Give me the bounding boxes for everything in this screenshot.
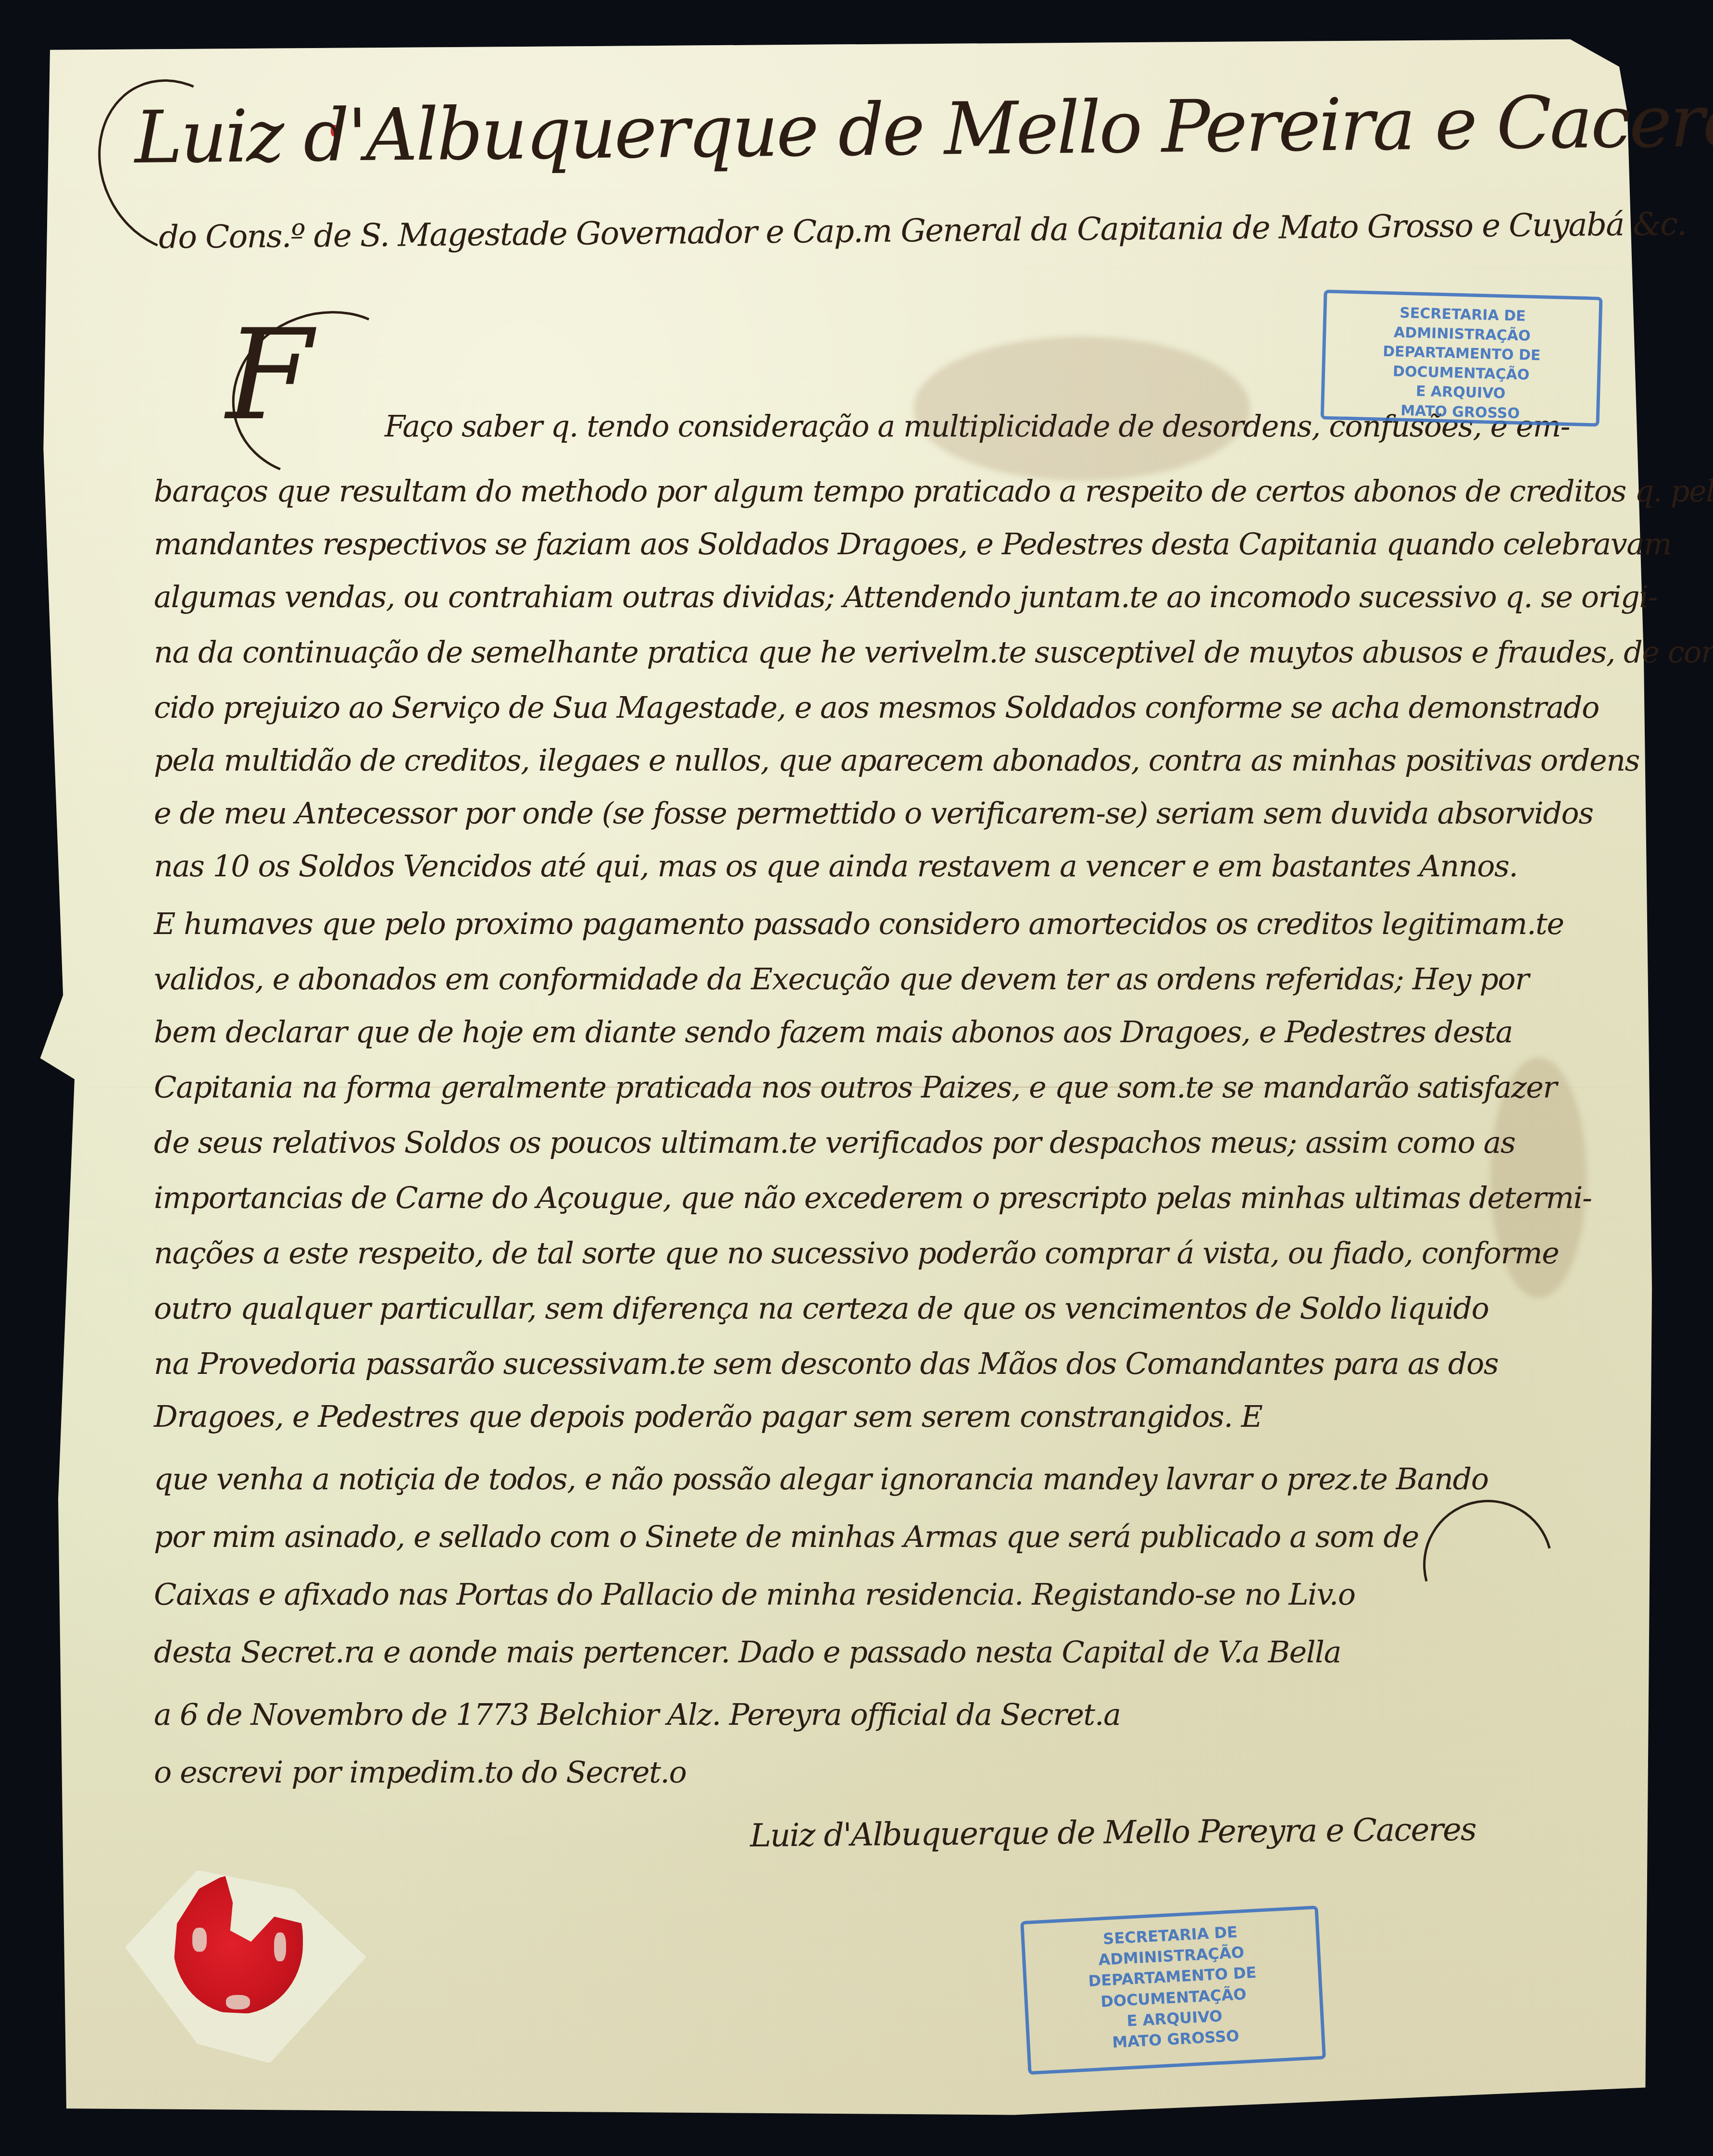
body-line: por mim asinado, e sellado com o Sinete …: [154, 1519, 1419, 1554]
stamp-line: DEPARTAMENTO DE DOCUMENTAÇÃO: [1335, 341, 1588, 386]
body-line: Dragoes, e Pedestres que depois poderão …: [154, 1399, 1262, 1434]
body-line: e de meu Antecessor por onde (se fosse p…: [154, 796, 1593, 831]
body-line: desta Secret.ra e aonde mais pertencer. …: [154, 1634, 1341, 1670]
body-line: baraços que resultam do methodo por algu…: [154, 474, 1713, 509]
body-line: de seus relativos Soldos os poucos ultim…: [154, 1125, 1515, 1160]
body-line: validos, e abonados em conformidade da E…: [154, 961, 1528, 997]
body-line: E humaves que pelo proximo pagamento pas…: [154, 906, 1563, 941]
stamp-line: SECRETARIA DE ADMINISTRAÇÃO: [1336, 302, 1589, 348]
body-line: mandantes respectivos se faziam aos Sold…: [154, 526, 1671, 561]
wax-seal-chip: [192, 1928, 207, 1952]
body-line: pela multidão de creditos, ilegaes e nul…: [154, 743, 1639, 778]
body-line: bem declarar que de hoje em diante sendo…: [154, 1014, 1513, 1049]
body-line: na da continuação de semelhante pratica …: [154, 635, 1713, 670]
body-line: cido prejuizo ao Serviço de Sua Magestad…: [154, 690, 1599, 725]
signature: Luiz d'Albuquerque de Mello Pereyra e Ca…: [750, 1811, 1476, 1854]
body-line: nações a este respeito, de tal sorte que…: [154, 1235, 1559, 1271]
wax-seal-chip: [226, 1995, 250, 2009]
body-line: que venha a notiçia de todos, e não poss…: [154, 1461, 1488, 1496]
body-line: nas 10 os Soldos Vencidos até qui, mas o…: [154, 848, 1518, 884]
body-line: algumas vendas, ou contrahiam outras div…: [154, 579, 1657, 614]
archive-stamp-top: SECRETARIA DE ADMINISTRAÇÃO DEPARTAMENTO…: [1321, 289, 1603, 426]
body-line: Caixas e afixado nas Portas do Pallacio …: [154, 1577, 1355, 1612]
document-title: Luiz d'Albuquerque de Mello Pereira e Ca…: [134, 79, 1713, 180]
body-line: importancias de Carne do Açougue, que nã…: [154, 1180, 1591, 1215]
body-line: na Provedoria passarão sucessivam.te sem…: [154, 1346, 1498, 1381]
body-line: o escrevi por impedim.to do Secret.o: [154, 1755, 686, 1790]
wax-seal-chip: [274, 1932, 286, 1961]
body-line: a 6 de Novembro de 1773 Belchior Alz. Pe…: [154, 1697, 1120, 1732]
body-line: outro qualquer particullar, sem diferenç…: [154, 1291, 1488, 1326]
drop-cap: F: [226, 303, 313, 448]
body-line: Capitania na forma geralmente praticada …: [154, 1070, 1556, 1105]
archive-stamp-bottom: SECRETARIA DE ADMINISTRAÇÃO DEPARTAMENTO…: [1020, 1906, 1326, 2075]
